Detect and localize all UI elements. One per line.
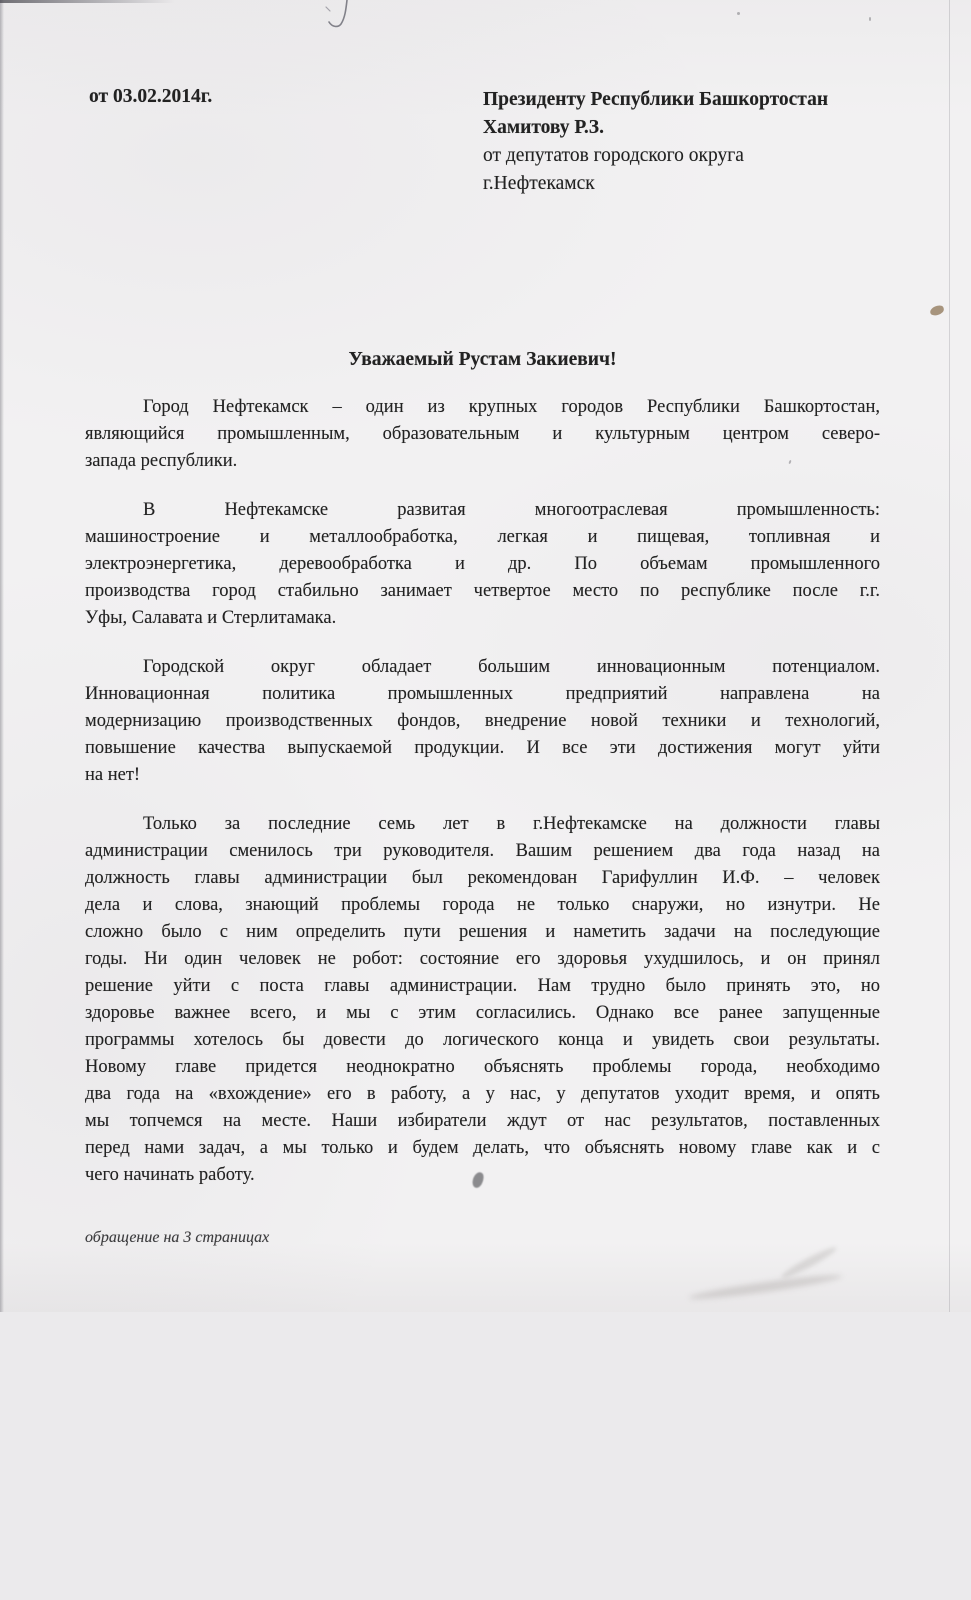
text-line: запада республики. [85, 448, 880, 475]
text-line: Уфы, Салавата и Стерлитамака. [85, 605, 880, 632]
text-line: сложно было с ним определить пути решени… [85, 919, 880, 946]
ink-speck-brown [929, 304, 945, 316]
text-line: чего начинать работу. [85, 1162, 880, 1189]
text-line: на нет! [85, 762, 880, 789]
letter-paragraph: Только за последние семь лет в г.Нефтека… [85, 811, 880, 1189]
text-line: должность главы администрации был рекоме… [85, 865, 880, 892]
text-line: администрации сменилось три руководителя… [85, 838, 880, 865]
scan-smudge [688, 1271, 843, 1302]
text-line: модернизацию производственных фондов, вн… [85, 708, 880, 735]
letter-body: Город Нефтекамск – один из крупных город… [85, 394, 880, 1189]
letter-paragraph: Город Нефтекамск – один из крупных город… [85, 394, 880, 475]
text-line: Новому главе придется неоднократно объяс… [85, 1054, 880, 1081]
text-line: повышение качества выпускаемой продукции… [85, 735, 880, 762]
sender-line: от депутатов городского округа [483, 142, 828, 170]
letter-paragraph: В Нефтекамске развитая многоотраслевая п… [85, 497, 880, 632]
text-line: производства город стабильно занимает че… [85, 578, 880, 605]
text-line: программы хотелось бы довести до логичес… [85, 1027, 880, 1054]
text-line: перед нами задач, а мы только и будем де… [85, 1135, 880, 1162]
letter-content: от 03.02.2014г. Президенту Республики Ба… [85, 0, 880, 1247]
text-line: Городской округ обладает большим инновац… [85, 654, 880, 681]
text-line: решение уйти с поста главы администрации… [85, 973, 880, 1000]
letter-paragraph: Городской округ обладает большим инновац… [85, 654, 880, 789]
text-line: Только за последние семь лет в г.Нефтека… [85, 811, 880, 838]
scan-edge-artifact-right [949, 0, 950, 1312]
text-line: Город Нефтекамск – один из крупных город… [85, 394, 880, 421]
text-line: Инновационная политика промышленных пред… [85, 681, 880, 708]
text-line: годы. Ни один человек не робот: состояни… [85, 946, 880, 973]
text-line: мы топчемся на месте. Наши избиратели жд… [85, 1108, 880, 1135]
paper-sheet: от 03.02.2014г. Президенту Республики Ба… [0, 0, 971, 1312]
scan-edge-artifact-left [0, 0, 4, 1312]
scanned-letter-screenshot: { "letter": { "date": "от 03.02.2014г.",… [0, 0, 971, 1600]
text-line: дела и слова, знающий проблемы города не… [85, 892, 880, 919]
recipient-name: Хамитову Р.З. [483, 114, 828, 142]
sender-city: г.Нефтекамск [483, 170, 828, 198]
text-line: электроэнергетика, деревообработка и др.… [85, 551, 880, 578]
salutation: Уважаемый Рустам Закиевич! [85, 346, 880, 374]
recipient-block: Президенту Республики Башкортостан Хамит… [483, 86, 828, 198]
text-line: два года на «вхождение» его в работу, а … [85, 1081, 880, 1108]
text-line: являющийся промышленным, образовательным… [85, 421, 880, 448]
text-line: здоровье важнее всего, и мы с этим согла… [85, 1000, 880, 1027]
letter-header: от 03.02.2014г. Президенту Республики Ба… [85, 86, 880, 198]
text-line: машиностроение и металлообработка, легка… [85, 524, 880, 551]
text-line: В Нефтекамске развитая многоотраслевая п… [85, 497, 880, 524]
page-count-note: обращение на 3 страницах [85, 1229, 880, 1247]
recipient-title: Президенту Республики Башкортостан [483, 86, 828, 114]
letter-date: от 03.02.2014г. [89, 86, 212, 108]
